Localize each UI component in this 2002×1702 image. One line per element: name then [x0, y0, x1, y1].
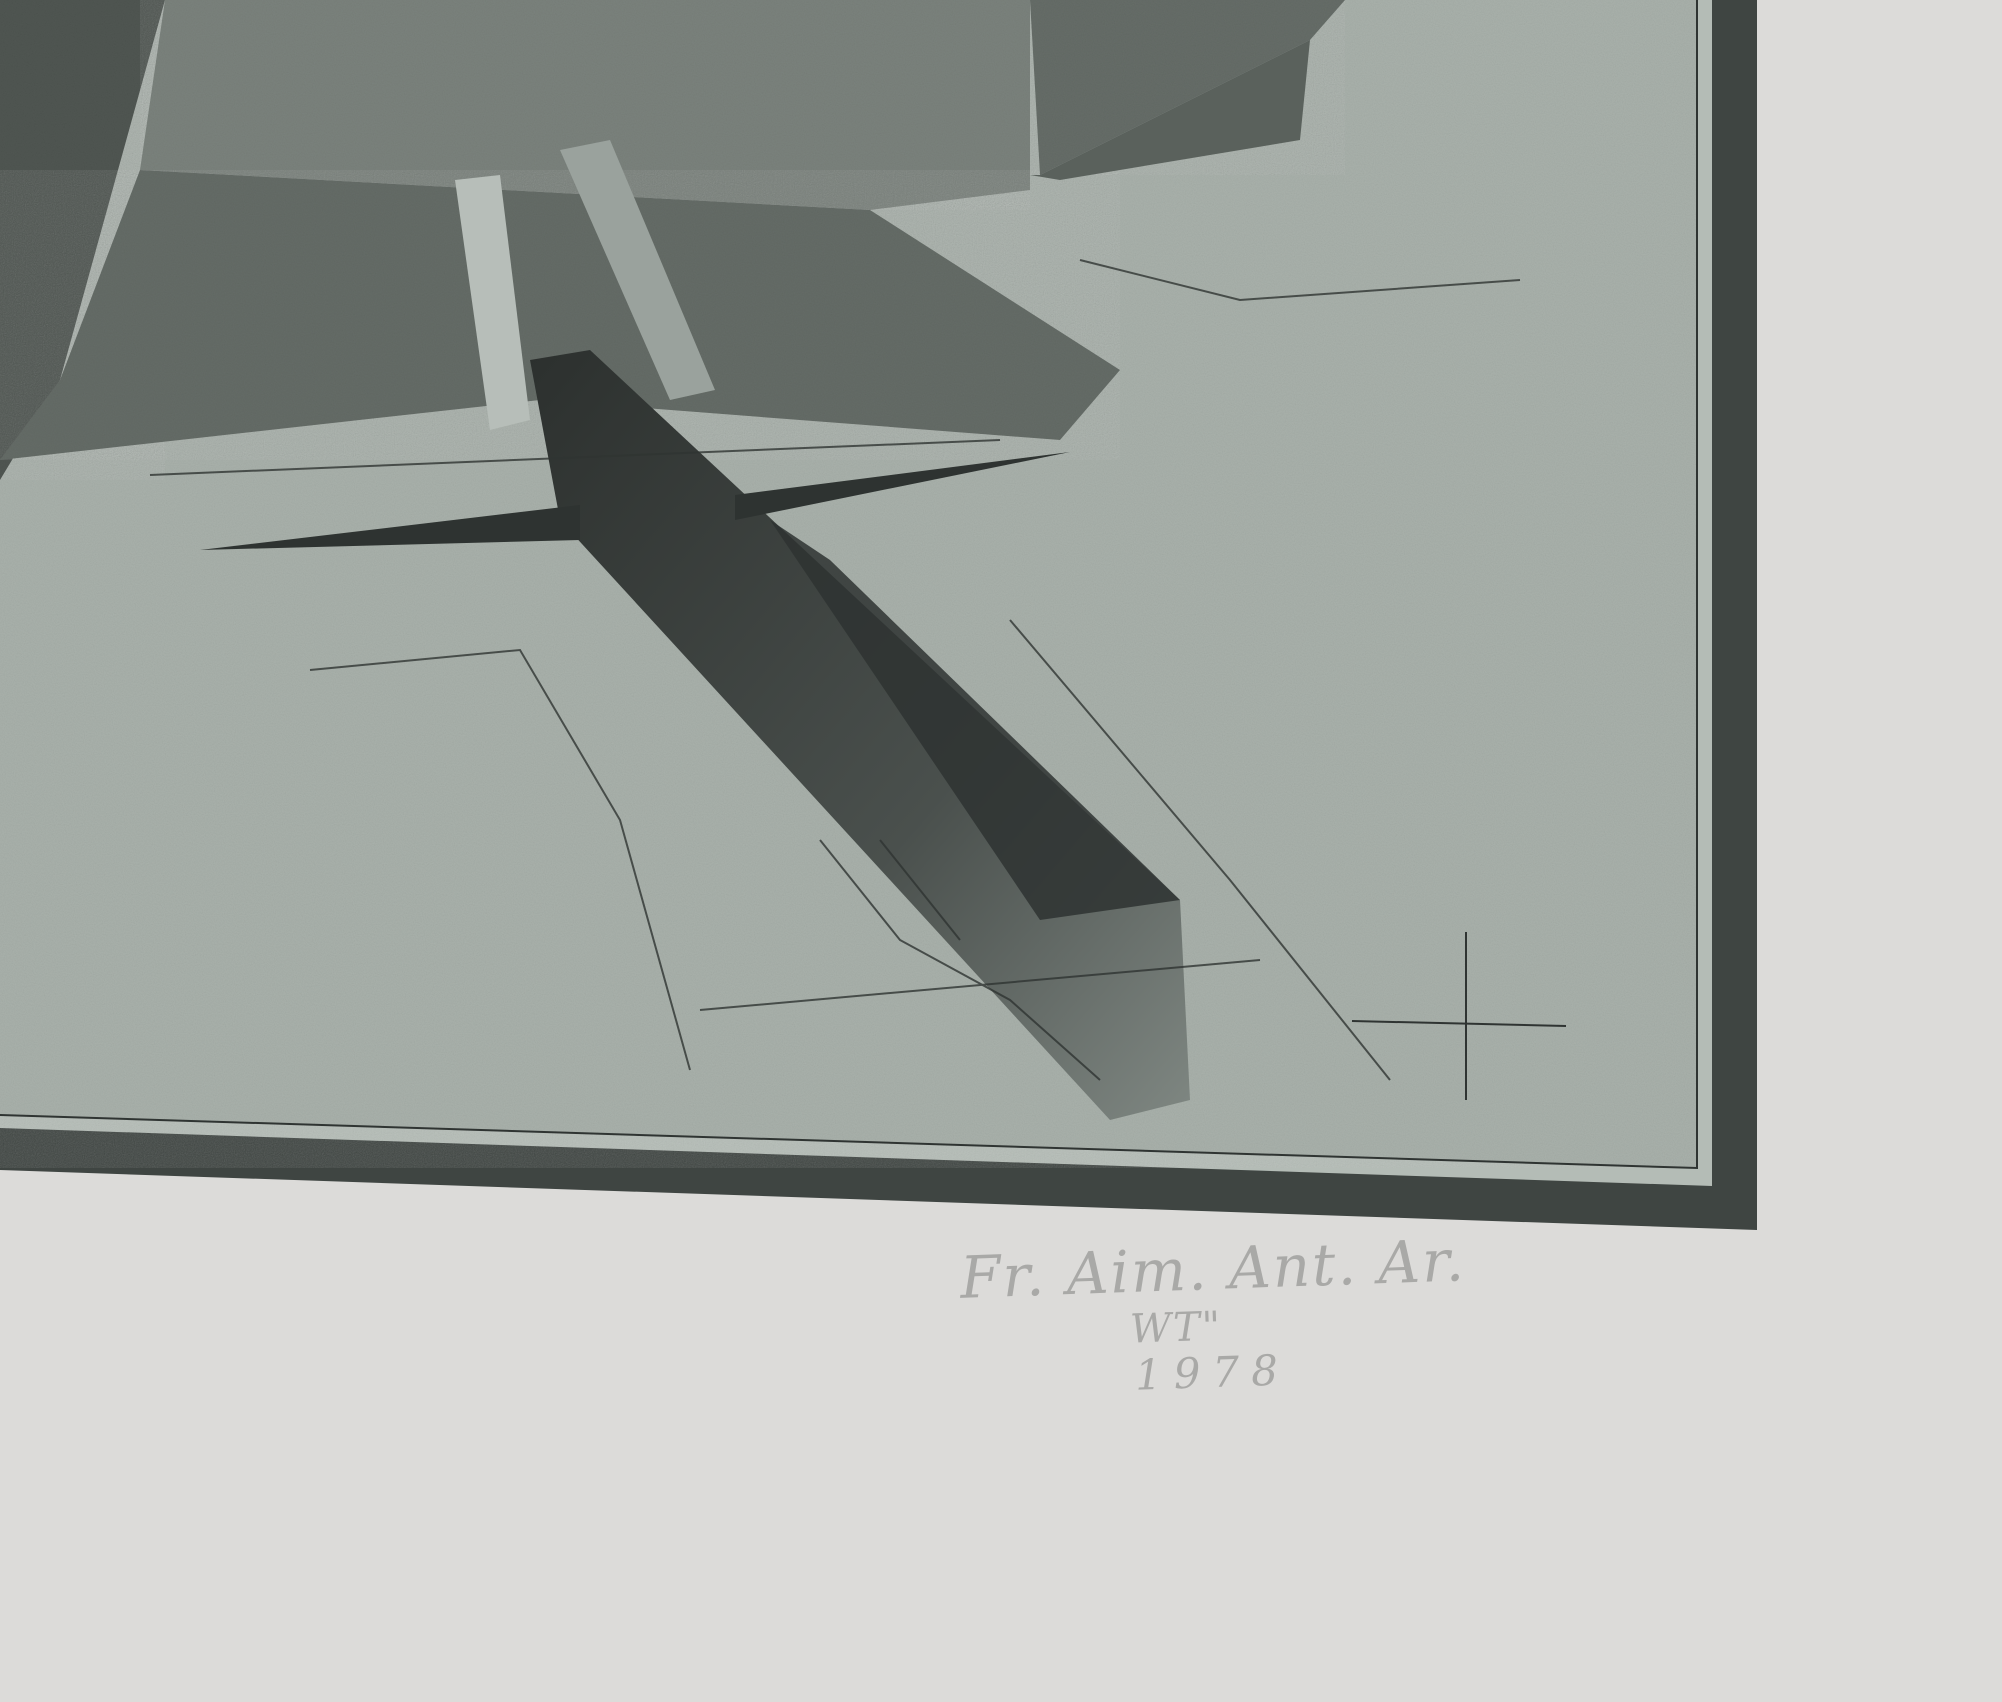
signature-year: 1978	[1134, 1345, 1291, 1399]
edition-mark: WT"	[1129, 1303, 1223, 1352]
etching-artwork	[0, 0, 2002, 1702]
